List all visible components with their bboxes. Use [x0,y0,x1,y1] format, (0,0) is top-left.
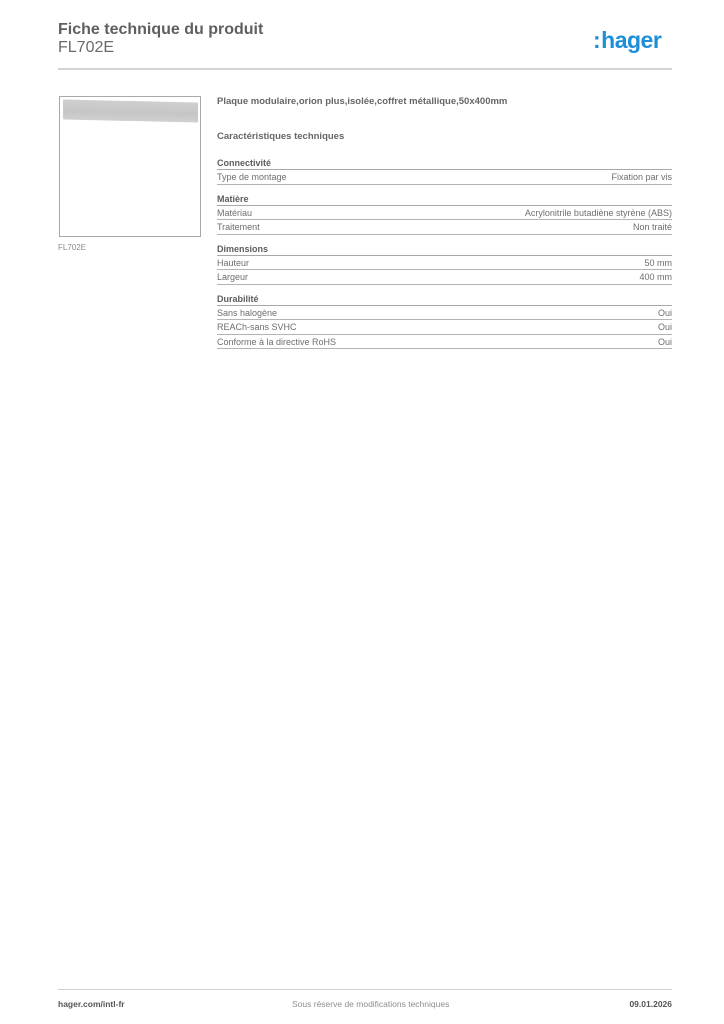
spec-row: Type de montageFixation par vis [217,170,672,185]
product-description: Plaque modulaire,orion plus,isolée,coffr… [217,95,672,109]
logo-colon: : [593,27,600,53]
spec-groups: ConnectivitéType de montageFixation par … [217,157,672,349]
spec-group-title: Matière [217,193,672,206]
spec-row: Hauteur50 mm [217,256,672,271]
footer-divider [58,989,672,990]
spec-label: Type de montage [217,170,287,184]
spec-value: Acrylonitrile butadiène styrène (ABS) [525,206,672,220]
footer: hager.com/intl-fr Sous réserve de modifi… [58,998,672,1010]
product-plate-icon [63,99,198,122]
spec-value: Non traité [633,220,672,234]
spec-row: Largeur400 mm [217,270,672,285]
spec-label: Largeur [217,270,248,284]
logo-text: hager [601,27,661,53]
product-reference: FL702E [58,39,114,57]
spec-group: DimensionsHauteur50 mmLargeur400 mm [217,243,672,285]
spec-group-title: Durabilité [217,293,672,306]
spec-group: ConnectivitéType de montageFixation par … [217,157,672,185]
spec-value: Fixation par vis [611,170,672,184]
product-content: Plaque modulaire,orion plus,isolée,coffr… [217,95,672,349]
hager-logo: :hager [593,27,661,54]
spec-row: Conforme à la directive RoHSOui [217,335,672,350]
spec-value: Oui [658,335,672,349]
spec-group: DurabilitéSans halogèneOuiREACh-sans SVH… [217,293,672,350]
spec-value: 50 mm [644,256,672,270]
spec-value: 400 mm [639,270,672,284]
spec-group: MatièreMatériauAcrylonitrile butadiène s… [217,193,672,235]
page-title: Fiche technique du produit [58,21,263,39]
group-spacer [217,185,672,193]
spec-group-title: Connectivité [217,157,672,170]
spec-row: Sans halogèneOui [217,306,672,321]
spec-group-title: Dimensions [217,243,672,256]
group-spacer [217,285,672,293]
footer-website-link[interactable]: hager.com/intl-fr [58,998,125,1010]
product-image [59,96,201,237]
spec-value: Oui [658,320,672,334]
footer-disclaimer: Sous réserve de modifications techniques [292,998,449,1010]
product-image-caption: FL702E [58,243,86,252]
footer-date: 09.01.2026 [629,998,672,1010]
spec-row: MatériauAcrylonitrile butadiène styrène … [217,206,672,221]
spec-label: REACh-sans SVHC [217,320,297,334]
spec-row: TraitementNon traité [217,220,672,235]
spec-label: Traitement [217,220,260,234]
spec-label: Conforme à la directive RoHS [217,335,336,349]
specs-heading: Caractéristiques techniques [217,130,672,144]
spec-label: Sans halogène [217,306,277,320]
spec-label: Hauteur [217,256,249,270]
spec-row: REACh-sans SVHCOui [217,320,672,335]
spec-label: Matériau [217,206,252,220]
group-spacer [217,235,672,243]
header-divider [58,68,672,70]
spec-value: Oui [658,306,672,320]
